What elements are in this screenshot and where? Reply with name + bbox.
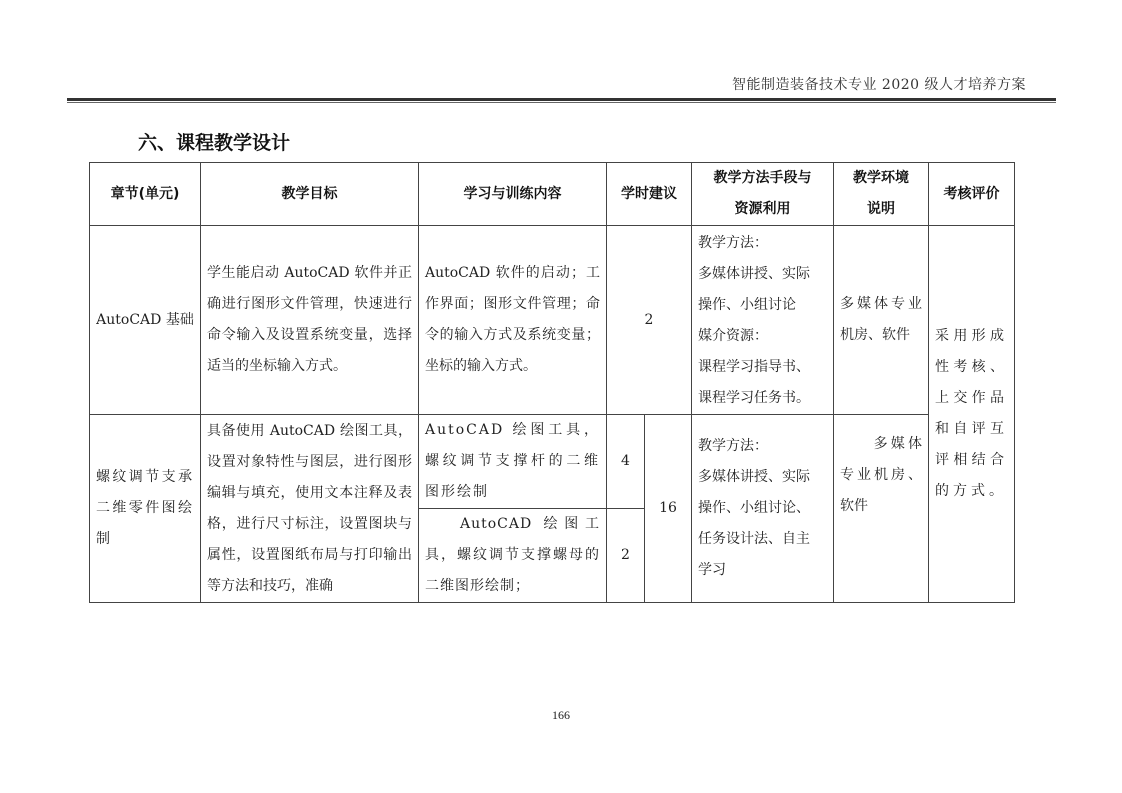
table-header-row: 章节(单元) 教学目标 学习与训练内容 学时建议 教学方法手段与 资源利用 教学…	[90, 163, 1015, 226]
header-objectives: 教学目标	[201, 163, 419, 226]
methods-line: 多媒体讲授、实际	[698, 259, 827, 290]
section-title: 六、课程教学设计	[138, 128, 290, 155]
methods-line: 教学方法：	[698, 228, 827, 259]
assessment-cell: 采用形成性考核、上交作品和自评互评相结合的方式。	[929, 226, 1015, 603]
objectives-cell: 具备使用 AutoCAD 绘图工具，设置对象特性与图层，进行图形编辑与填充，使用…	[201, 415, 419, 603]
methods-line: 媒介资源：	[698, 321, 827, 352]
methods-cell: 教学方法： 多媒体讲授、实际 操作、小组讨论 媒介资源： 课程学习指导书、 课程…	[692, 226, 834, 415]
methods-line: 操作、小组讨论、	[698, 493, 827, 524]
page-number: 166	[0, 708, 1122, 723]
methods-line: 学习	[698, 555, 827, 586]
header-methods-line1: 教学方法手段与	[698, 163, 827, 194]
header-assessment: 考核评价	[929, 163, 1015, 226]
hours-cell: 2	[607, 226, 692, 415]
header-methods: 教学方法手段与 资源利用	[692, 163, 834, 226]
header-content: 学习与训练内容	[419, 163, 607, 226]
content-cell: AutoCAD 软件的启动；工作界面；图形文件管理；命令的输入方式及系统变量；坐…	[419, 226, 607, 415]
total-hours-cell: 16	[645, 415, 692, 603]
methods-line: 课程学习指导书、	[698, 352, 827, 383]
sub-hours-cell: 4	[607, 415, 645, 509]
objectives-cell: 学生能启动 AutoCAD 软件并正确进行图形文件管理，快速进行命令输入及设置系…	[201, 226, 419, 415]
content-cell: AutoCAD 绘图工具，螺纹调节支撑螺母的二维图形绘制；	[419, 509, 607, 603]
header-environment: 教学环境 说明	[834, 163, 929, 226]
chapter-cell: 螺纹调节支承二维零件图绘制	[90, 415, 201, 603]
header-hours: 学时建议	[607, 163, 692, 226]
methods-cell: 教学方法： 多媒体讲授、实际 操作、小组讨论、 任务设计法、自主 学习	[692, 415, 834, 603]
methods-line: 操作、小组讨论	[698, 290, 827, 321]
header-chapter: 章节(单元)	[90, 163, 201, 226]
methods-line: 任务设计法、自主	[698, 524, 827, 555]
header-rule-thin	[67, 102, 1056, 103]
methods-line: 多媒体讲授、实际	[698, 462, 827, 493]
environment-cell: 多媒体专业机房、软件	[834, 226, 929, 415]
chapter-cell: AutoCAD 基础	[90, 226, 201, 415]
environment-cell: 多媒体专业机房、软件	[834, 415, 929, 603]
methods-line: 课程学习任务书。	[698, 383, 827, 414]
header-environment-line2: 说明	[840, 194, 922, 225]
methods-line: 教学方法：	[698, 431, 827, 462]
course-design-table: 章节(单元) 教学目标 学习与训练内容 学时建议 教学方法手段与 资源利用 教学…	[89, 162, 1015, 603]
running-header: 智能制造装备技术专业 2020 级人才培养方案	[732, 74, 1026, 94]
header-rule-thick	[67, 98, 1056, 101]
content-cell: AutoCAD 绘图工具，螺纹调节支撑杆的二维图形绘制	[419, 415, 607, 509]
table-row: AutoCAD 基础 学生能启动 AutoCAD 软件并正确进行图形文件管理，快…	[90, 226, 1015, 415]
table-row: 螺纹调节支承二维零件图绘制 具备使用 AutoCAD 绘图工具，设置对象特性与图…	[90, 415, 1015, 509]
header-environment-line1: 教学环境	[840, 163, 922, 194]
sub-hours-cell: 2	[607, 509, 645, 603]
header-methods-line2: 资源利用	[698, 194, 827, 225]
